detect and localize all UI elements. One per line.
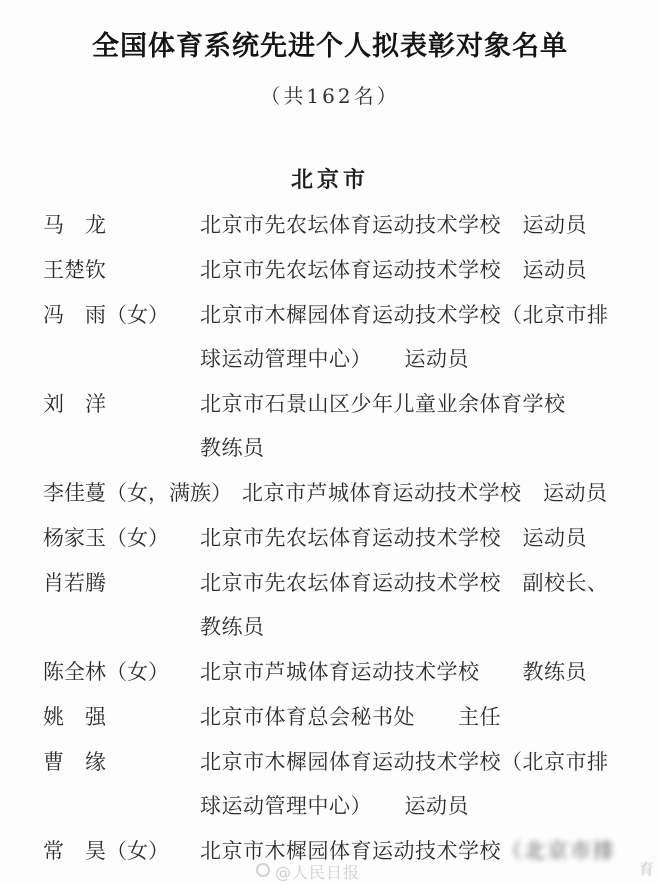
affiliation: 北京市芦城体育运动技术学校 教练员 <box>200 650 651 694</box>
honoree-name: 姚 强 <box>43 695 200 739</box>
blurred-text: （北京市排 <box>501 839 616 863</box>
list-item: 杨家玉（女）北京市先农坛体育运动技术学校 运动员 <box>43 516 651 560</box>
affiliation: 北京市体育总会秘书处 主任 <box>200 695 651 739</box>
honoree-name: 肖若腾 <box>43 561 200 605</box>
affiliation-line: 北京市先农坛体育运动技术学校 副校长、 <box>200 561 651 605</box>
affiliation-line: 球运动管理中心） 运动员 <box>200 337 651 381</box>
document-title: 全国体育系统先进个人拟表彰对象名单 <box>0 24 660 63</box>
affiliation: 北京市先农坛体育运动技术学校 运动员 <box>200 248 651 292</box>
affiliation-line: 北京市体育总会秘书处 主任 <box>200 695 651 739</box>
affiliation-line: 教练员 <box>200 605 651 649</box>
affiliation: 北京市先农坛体育运动技术学校 运动员 <box>200 203 651 247</box>
affiliation-line: 北京市先农坛体育运动技术学校 运动员 <box>200 203 651 247</box>
affiliation: 北京市先农坛体育运动技术学校 运动员 <box>200 516 651 560</box>
list-item: 姚 强北京市体育总会秘书处 主任 <box>43 695 651 739</box>
honoree-name: 常 昊（女） <box>43 829 200 873</box>
list-item: 曹 缘北京市木樨园体育运动技术学校（北京市排球运动管理中心） 运动员 <box>43 740 651 828</box>
affiliation-line: 北京市芦城体育运动技术学校 教练员 <box>200 650 651 694</box>
watermark-text: @人民日报 <box>275 860 360 883</box>
honoree-name: 冯 雨（女） <box>43 293 200 337</box>
affiliation: 北京市石景山区少年儿童业余体育学校教练员 <box>200 382 651 470</box>
honoree-name: 马 龙 <box>43 203 200 247</box>
list-item: 肖若腾北京市先农坛体育运动技术学校 副校长、教练员 <box>43 561 651 649</box>
honoree-name: 王楚钦 <box>43 248 200 292</box>
affiliation-line: 北京市木樨园体育运动技术学校（北京市排 <box>200 740 651 784</box>
document-page: 全国体育系统先进个人拟表彰对象名单 （共162名） 北京市 马 龙北京市先农坛体… <box>0 0 660 884</box>
list-item: 陈全林（女）北京市芦城体育运动技术学校 教练员 <box>43 650 651 694</box>
affiliation-line: 教练员 <box>200 426 651 470</box>
list-item: 马 龙北京市先农坛体育运动技术学校 运动员 <box>43 203 651 247</box>
affiliation: 北京市木樨园体育运动技术学校（北京市排球运动管理中心） 运动员 <box>200 740 651 828</box>
list-item: 李佳蔓（女，满族）北京市芦城体育运动技术学校 运动员 <box>43 471 651 515</box>
watermark-logo-icon <box>256 863 270 877</box>
affiliation: 北京市先农坛体育运动技术学校 副校长、教练员 <box>200 561 651 649</box>
list-item: 刘 洋北京市石景山区少年儿童业余体育学校教练员 <box>43 382 651 470</box>
affiliation: 北京市木樨园体育运动技术学校（北京市排球运动管理中心） 运动员 <box>200 293 651 381</box>
affiliation-line: 北京市芦城体育运动技术学校 运动员 <box>242 471 651 515</box>
honoree-name: 曹 缘 <box>43 740 200 784</box>
list-item: 冯 雨（女）北京市木樨园体育运动技术学校（北京市排球运动管理中心） 运动员 <box>43 293 651 381</box>
watermark-fragment: 育 <box>639 858 654 879</box>
affiliation-line: 北京市木樨园体育运动技术学校（北京市排 <box>200 293 651 337</box>
affiliation-line: 球运动管理中心） 运动员 <box>200 784 651 828</box>
honoree-name: 李佳蔓（女，满族） <box>43 471 242 515</box>
affiliation-line: 北京市先农坛体育运动技术学校 运动员 <box>200 248 651 292</box>
honoree-name: 陈全林（女） <box>43 650 200 694</box>
watermark: @人民日报 <box>256 860 360 883</box>
list-item: 王楚钦北京市先农坛体育运动技术学校 运动员 <box>43 248 651 292</box>
honoree-name: 杨家玉（女） <box>43 516 200 560</box>
affiliation: 北京市芦城体育运动技术学校 运动员 <box>242 471 651 515</box>
total-count: （共162名） <box>0 80 660 109</box>
honoree-name: 刘 洋 <box>43 382 200 426</box>
affiliation-line: 北京市先农坛体育运动技术学校 运动员 <box>200 516 651 560</box>
honoree-list: 马 龙北京市先农坛体育运动技术学校 运动员王楚钦北京市先农坛体育运动技术学校 运… <box>43 203 651 874</box>
affiliation-line: 北京市石景山区少年儿童业余体育学校 <box>200 382 651 426</box>
section-header-beijing: 北京市 <box>0 163 660 194</box>
